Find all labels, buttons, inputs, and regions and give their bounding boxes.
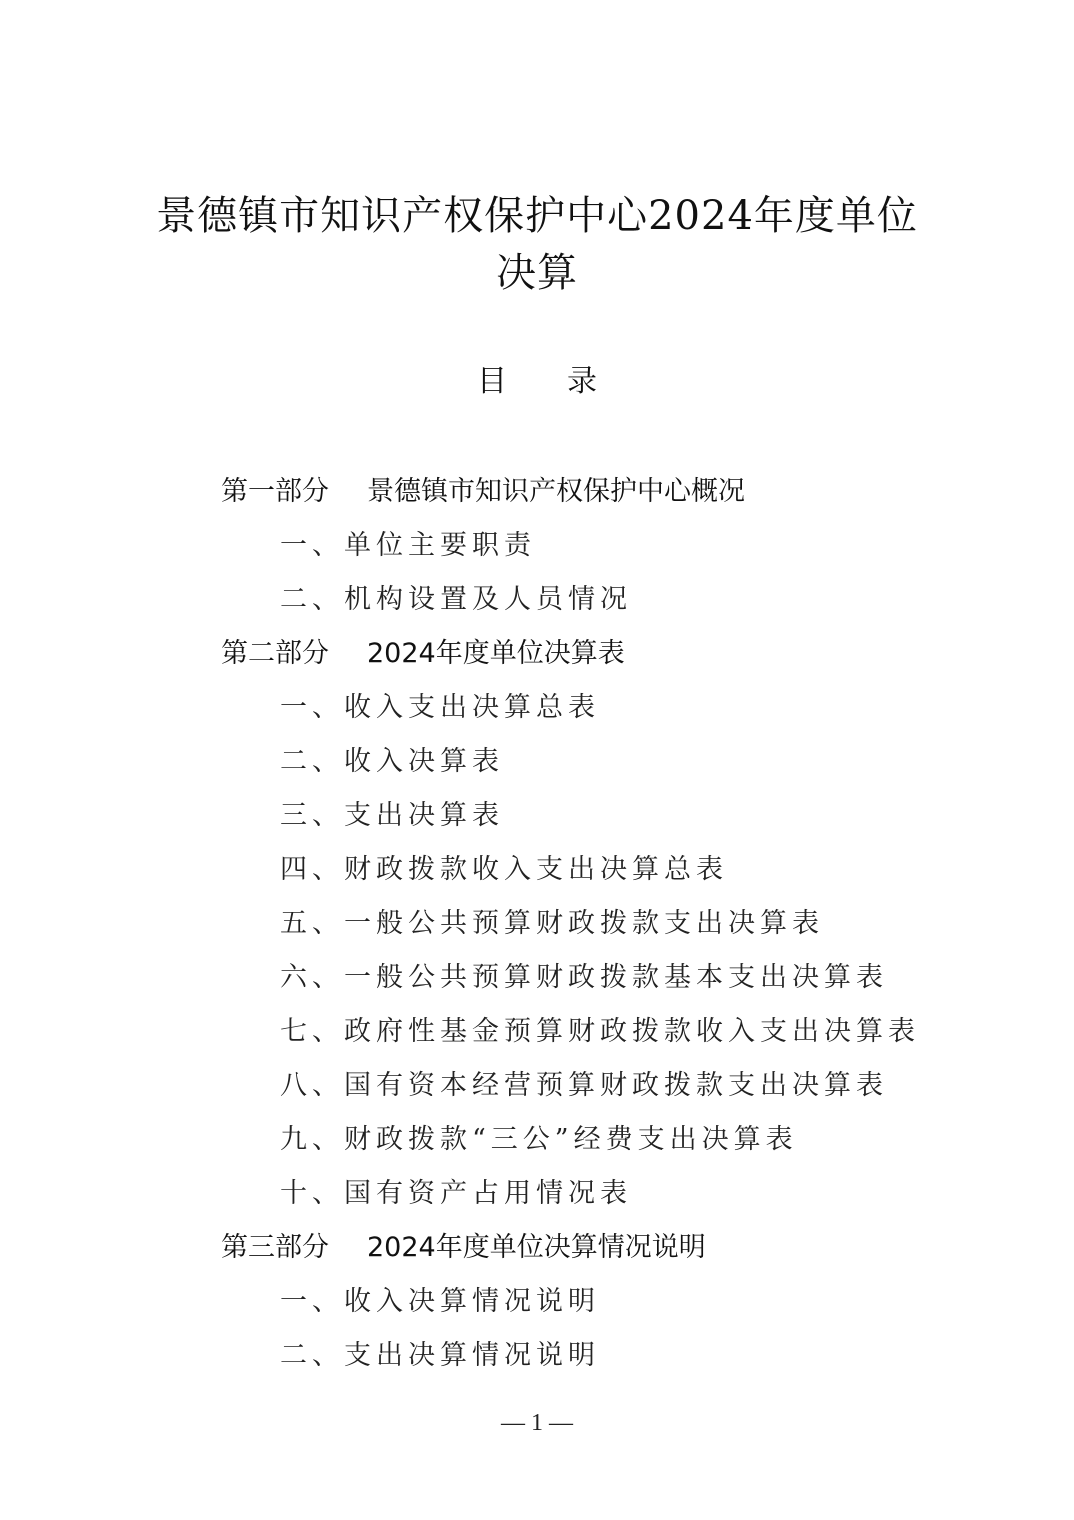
toc-heading: 目录: [0, 362, 1074, 402]
document-title-line-1: 景德镇市知识产权保护中心2024年度单位: [0, 188, 1074, 244]
toc-item: 三、支出决算表: [280, 798, 504, 834]
toc-item: 二、机构设置及人员情况: [280, 582, 632, 618]
toc-item: 四、财政拨款收入支出决算总表: [280, 852, 728, 888]
toc-item: 六、一般公共预算财政拨款基本支出决算表: [280, 960, 888, 996]
toc-item: 十、国有资产占用情况表: [280, 1176, 632, 1212]
part-label: 第二部分: [221, 636, 367, 672]
toc-heading-char-1: 目: [477, 362, 507, 402]
part-label: 第三部分: [221, 1230, 367, 1266]
toc-item: 九、财政拨款“三公”经费支出决算表: [280, 1122, 798, 1158]
toc-part-2: 第二部分2024年度单位决算表: [221, 636, 625, 672]
toc-item: 一、收入决算情况说明: [280, 1284, 600, 1320]
page-number: — 1 —: [0, 1410, 1074, 1437]
toc-item: 二、支出决算情况说明: [280, 1338, 600, 1374]
part-title: 景德镇市知识产权保护中心概况: [367, 476, 745, 507]
part-label: 第一部分: [221, 474, 367, 510]
toc-heading-char-2: 录: [567, 362, 597, 402]
toc-item: 一、收入支出决算总表: [280, 690, 600, 726]
toc-item: 七、政府性基金预算财政拨款收入支出决算表: [280, 1014, 920, 1050]
toc-item: 五、一般公共预算财政拨款支出决算表: [280, 906, 824, 942]
toc-item: 一、单位主要职责: [280, 528, 536, 564]
toc-part-3: 第三部分2024年度单位决算情况说明: [221, 1230, 706, 1266]
document-title-line-2: 决算: [0, 245, 1074, 301]
part-title: 2024年度单位决算情况说明: [367, 1232, 706, 1263]
toc-item: 八、国有资本经营预算财政拨款支出决算表: [280, 1068, 888, 1104]
toc-part-1: 第一部分景德镇市知识产权保护中心概况: [221, 474, 745, 510]
part-title: 2024年度单位决算表: [367, 638, 625, 669]
toc-item: 二、收入决算表: [280, 744, 504, 780]
